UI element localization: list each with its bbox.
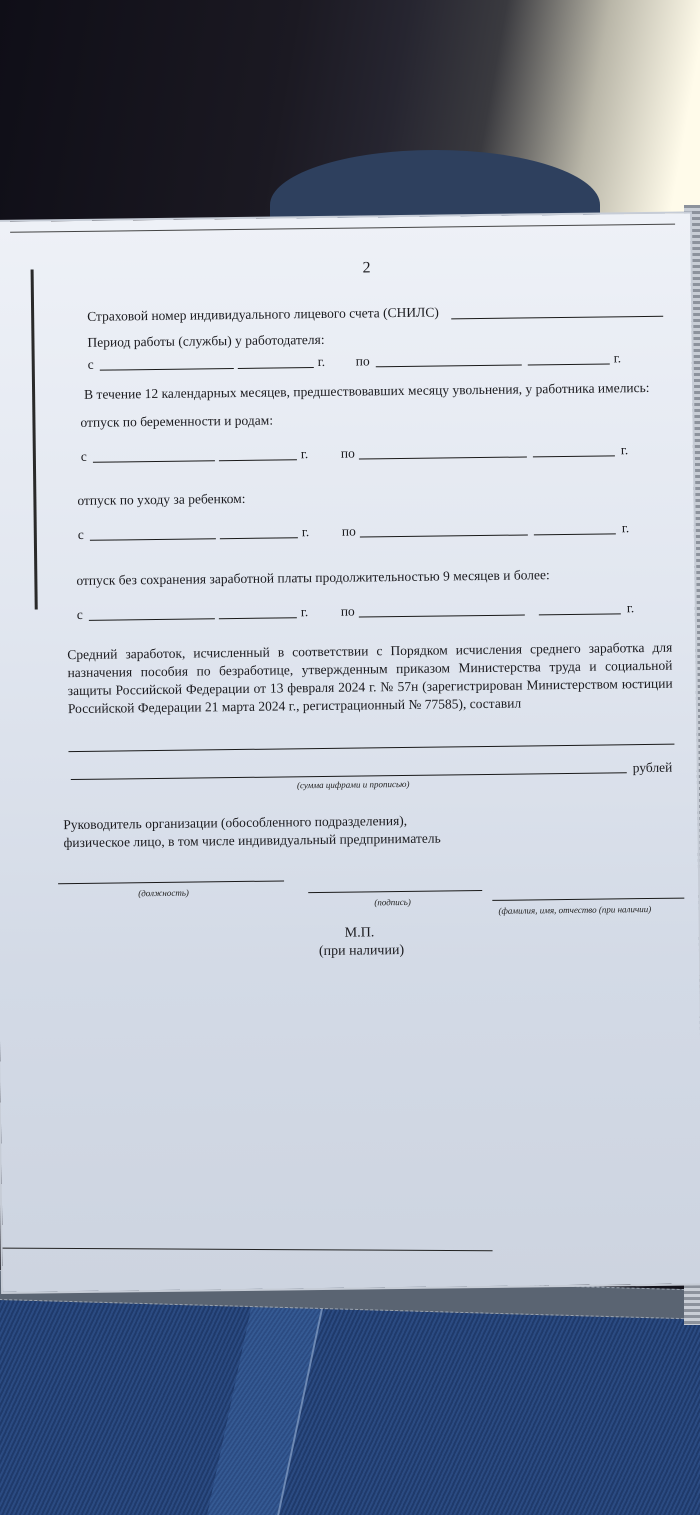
work-to-year-field[interactable] xyxy=(528,363,610,365)
maternity-from-year-suffix: г. xyxy=(301,446,309,462)
currency-label: рублей xyxy=(633,760,673,776)
signer-label-line-2: физическое лицо, в том числе индивидуаль… xyxy=(63,831,440,852)
twelve-months-intro: В течение 12 календарных месяцев, предше… xyxy=(84,380,650,403)
jeans-background xyxy=(0,1290,700,1515)
signer-label-line-1: Руководитель организации (обособленного … xyxy=(63,813,407,833)
childcare-to-year-suffix: г. xyxy=(622,520,630,536)
amount-caption: (сумма цифрами и прописью) xyxy=(297,779,410,790)
unpaid-to-label: по xyxy=(341,604,355,620)
unpaid-to-date-field[interactable] xyxy=(359,614,525,617)
footer-rule xyxy=(3,1248,493,1252)
work-to-label: по xyxy=(356,353,370,369)
stamp-note: (при наличии) xyxy=(319,943,404,960)
work-from-date-field[interactable] xyxy=(100,368,234,371)
snils-field[interactable] xyxy=(451,316,663,320)
childcare-from-year-field[interactable] xyxy=(220,537,298,539)
work-from-year-suffix: г. xyxy=(318,354,326,370)
unpaid-from-date-field[interactable] xyxy=(89,618,215,621)
work-to-date-field[interactable] xyxy=(376,365,522,368)
maternity-leave-label: отпуск по беременности и родам: xyxy=(80,413,273,431)
maternity-to-label: по xyxy=(341,446,355,462)
maternity-to-year-field[interactable] xyxy=(533,455,615,457)
childcare-from-date-field[interactable] xyxy=(90,538,216,541)
maternity-to-year-suffix: г. xyxy=(621,442,629,458)
work-from-label: с xyxy=(88,357,94,373)
unpaid-from-year-suffix: г. xyxy=(301,604,309,620)
maternity-from-date-field[interactable] xyxy=(93,460,215,462)
stamp-label: М.П. xyxy=(345,925,375,941)
unpaid-to-year-field[interactable] xyxy=(539,613,621,615)
position-caption: (должность) xyxy=(138,888,189,899)
full-name-caption: (фамилия, имя, отчество (при наличии) xyxy=(498,904,651,916)
signature-field[interactable] xyxy=(308,890,482,893)
maternity-from-year-field[interactable] xyxy=(219,459,297,461)
unpaid-leave-label: отпуск без сохранения заработной платы п… xyxy=(76,567,550,589)
snils-label: Страховой номер индивидуального лицевого… xyxy=(87,305,439,325)
childcare-from-label: с xyxy=(78,527,84,543)
work-period-label: Период работы (службы) у работодателя: xyxy=(87,332,324,351)
childcare-leave-label: отпуск по уходу за ребенком: xyxy=(77,491,245,509)
full-name-field[interactable] xyxy=(492,898,684,901)
header-rule xyxy=(10,224,675,233)
amount-field-line-1[interactable] xyxy=(68,744,674,752)
maternity-to-date-field[interactable] xyxy=(359,456,527,459)
position-field[interactable] xyxy=(58,880,284,884)
childcare-to-year-field[interactable] xyxy=(534,533,616,535)
unpaid-to-year-suffix: г. xyxy=(627,600,635,616)
unpaid-from-label: с xyxy=(77,607,83,623)
childcare-from-year-suffix: г. xyxy=(302,524,310,540)
work-from-year-field[interactable] xyxy=(238,367,314,369)
work-to-year-suffix: г. xyxy=(614,350,622,366)
unpaid-from-year-field[interactable] xyxy=(219,617,297,619)
document-page: 2 Страховой номер индивидуального лицево… xyxy=(0,213,700,1291)
margin-bar xyxy=(31,269,38,609)
maternity-from-label: с xyxy=(81,449,87,465)
signature-caption: (подпись) xyxy=(374,897,411,907)
childcare-to-label: по xyxy=(342,524,356,540)
average-earnings-paragraph: Средний заработок, исчисленный в соответ… xyxy=(67,639,673,718)
page-number: 2 xyxy=(362,259,370,277)
childcare-to-date-field[interactable] xyxy=(360,534,528,537)
